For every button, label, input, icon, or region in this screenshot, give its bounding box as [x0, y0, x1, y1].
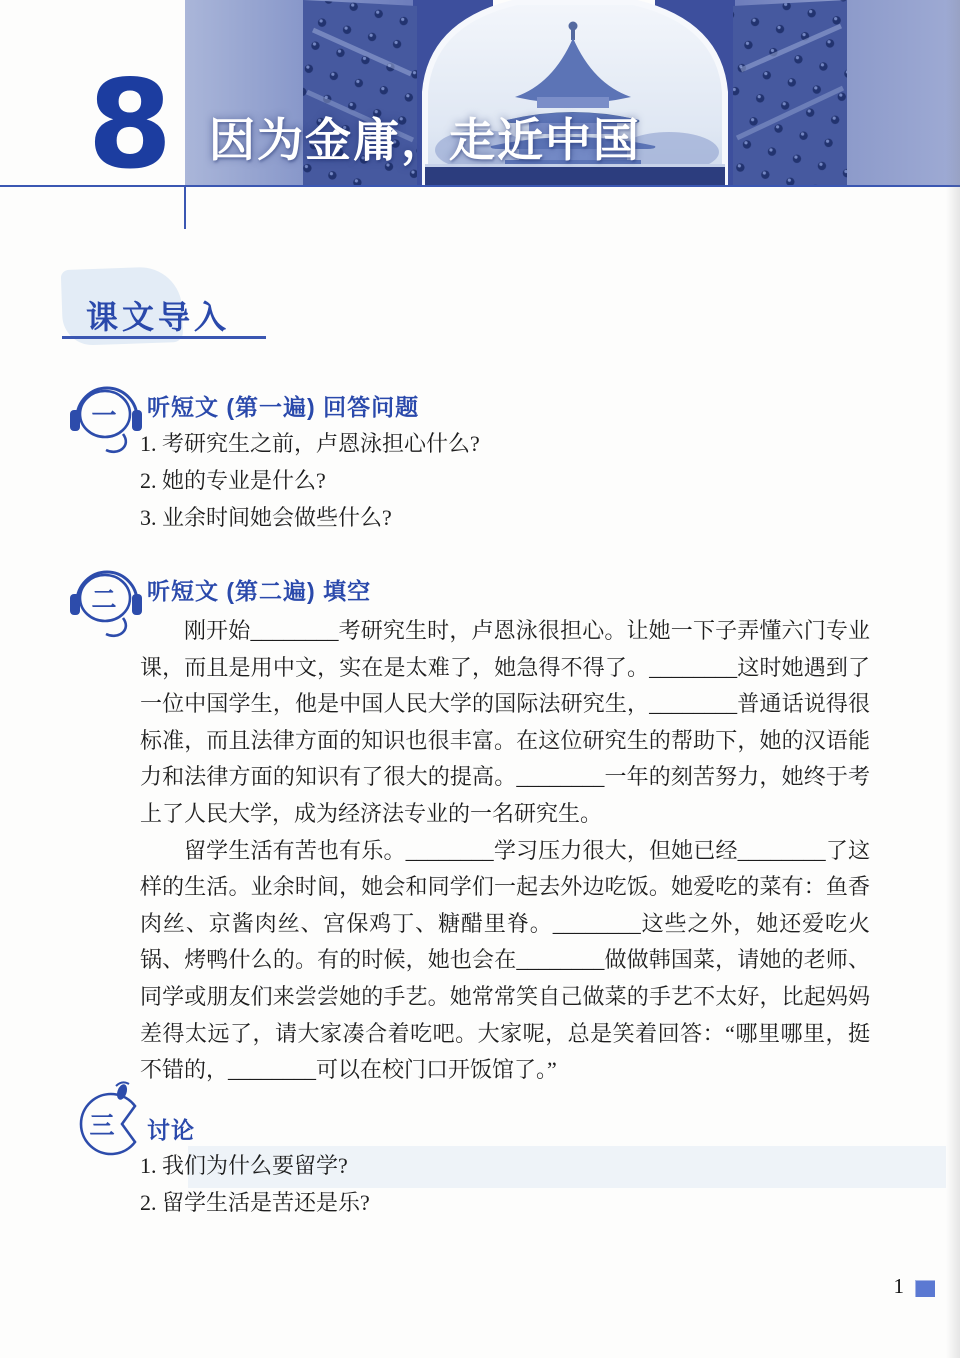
page-number: 1	[880, 1274, 904, 1299]
passage-paragraph: 刚开始________考研究生时，卢恩泳很担心。让她一下子弄懂六门专业课，而且是…	[140, 613, 870, 833]
intro-heading-underline	[62, 336, 266, 339]
lesson-number: 8	[68, 64, 188, 186]
header-tick	[184, 187, 186, 229]
question-item: 3. 业余时间她会做些什么?	[140, 506, 480, 530]
textbook-page: 8	[0, 0, 960, 1358]
question-item: 1. 考研究生之前，卢恩泳担心什么?	[140, 432, 480, 456]
lesson-title: 因为金庸，走近中国	[209, 104, 641, 170]
scan-edge-shadow	[946, 0, 960, 1358]
listening-questions-list: 1. 考研究生之前，卢恩泳担心什么? 2. 她的专业是什么? 3. 业余时间她会…	[140, 432, 480, 543]
page-number-marker	[915, 1280, 935, 1297]
intro-heading: 课文导入	[86, 292, 230, 338]
banner-image: 因为金庸，走近中国	[185, 0, 960, 186]
discussion-questions-list: 1. 我们为什么要留学? 2. 留学生活是苦还是乐?	[140, 1154, 370, 1228]
section-3-heading: 讨论	[147, 1112, 195, 1145]
section-number: 一	[68, 396, 140, 432]
passage-paragraph: 留学生活有苦也有乐。________学习压力很大，但她已经________了这样…	[140, 833, 870, 1089]
cloze-passage: 刚开始________考研究生时，卢恩泳很担心。让她一下子弄懂六门专业课，而且是…	[140, 613, 870, 1089]
section-2-heading: 听短文 (第二遍) 填空	[147, 573, 371, 606]
question-item: 2. 留学生活是苦还是乐?	[140, 1191, 370, 1215]
question-item: 2. 她的专业是什么?	[140, 469, 480, 493]
section-number: 三	[66, 1106, 138, 1142]
section-number: 二	[68, 580, 140, 616]
section-1-heading: 听短文 (第一遍) 回答问题	[147, 389, 419, 422]
headphones-icon: 一	[68, 366, 148, 462]
headphones-icon: 二	[68, 550, 148, 646]
header-divider	[0, 185, 960, 187]
question-item: 1. 我们为什么要留学?	[140, 1154, 370, 1178]
